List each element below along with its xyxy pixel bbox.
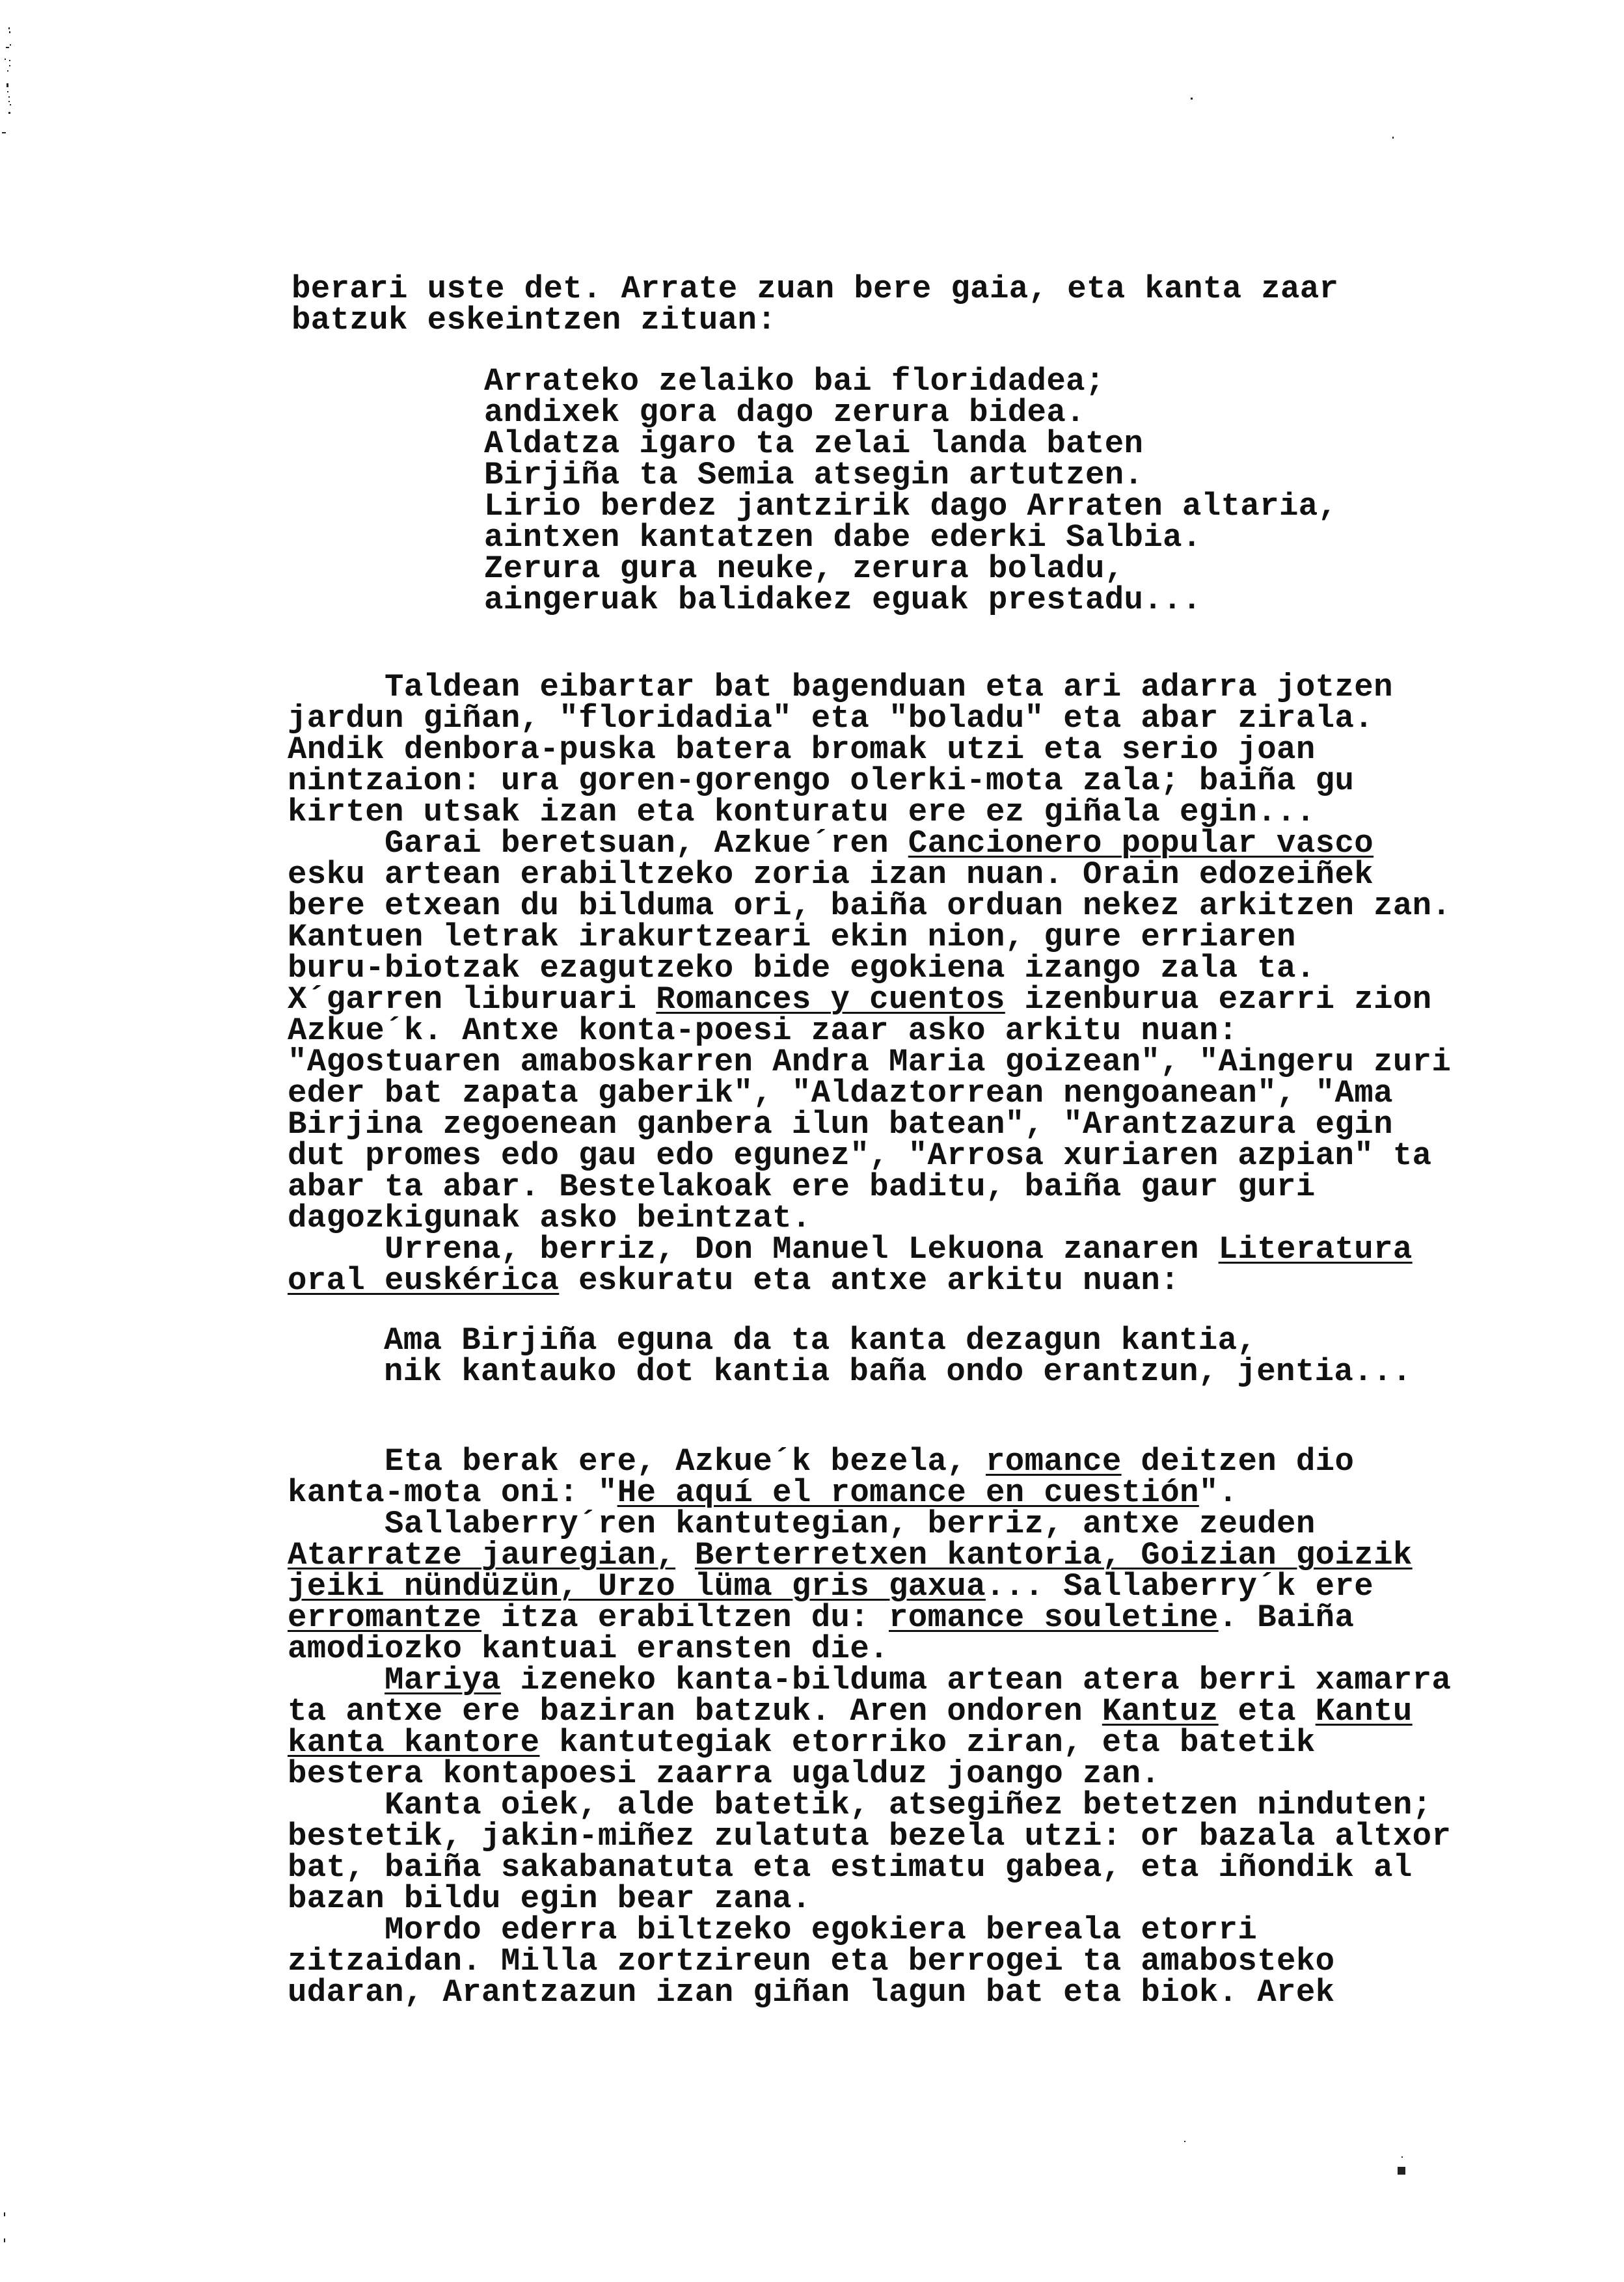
text-line: dut promes edo gau edo egunez", "Arrosa …: [288, 1139, 1431, 1173]
scan-noise: [10, 104, 11, 105]
text-line: Sallaberry´ren kantutegian, berriz, antx…: [288, 1507, 1316, 1541]
text-line: "Agostuaren amaboskarren Andra Maria goi…: [288, 1045, 1451, 1079]
scan-noise: [9, 31, 10, 33]
scan-noise: [7, 91, 8, 92]
scan-noise: [6, 47, 9, 48]
verse-line: Zerura gura neuke, zerura boladu,: [484, 552, 1124, 586]
text-line: kanta kantore kantutegiak etorriko ziran…: [288, 1726, 1316, 1759]
text-line: jeiki nündüzün, Urzo lüma gris gaxua... …: [288, 1569, 1374, 1603]
text-line: esku artean erabiltzeko zoria izan nuan.…: [288, 858, 1374, 891]
scan-noise: [10, 44, 11, 46]
scan-noise: [9, 65, 10, 66]
text-line: bestera kontapoesi zaarra ugalduz joango…: [288, 1757, 1160, 1791]
text-run: batzuk eskeintzen zituan:: [291, 302, 776, 338]
text-line: kirten utsak izan eta konturatu ere ez g…: [288, 795, 1316, 829]
verse-line: Aldatza igaro ta zelai landa baten: [484, 427, 1143, 461]
scan-noise: [4, 2212, 5, 2216]
verse-line: Ama Birjiña eguna da ta kanta dezagun ka…: [384, 1324, 1256, 1357]
text-line: dagozkigunak asko beintzat.: [288, 1201, 811, 1235]
scan-noise: [9, 60, 10, 61]
underlined-title: oral euskérica: [288, 1262, 559, 1299]
text-line: bestetik, jakin-miñez zulatuta bezela ut…: [288, 1819, 1451, 1853]
scan-noise: [859, 1929, 860, 1931]
text-line: Birjina zegoenean ganbera ilun batean", …: [288, 1107, 1393, 1141]
underlined-title: romance souletine: [889, 1599, 1219, 1636]
scan-noise: [1321, 1685, 1323, 1687]
text-line: Eta berak ere, Azkue´k bezela, romance d…: [288, 1445, 1354, 1478]
text-line: berari uste det. Arrate zuan bere gaia, …: [291, 272, 1338, 306]
underlined-title: Literatura: [1219, 1231, 1413, 1268]
text-line: bazan bildu egin bear zana.: [288, 1882, 811, 1916]
text-line: Andik denbora-puska batera bromak utzi e…: [288, 733, 1316, 767]
text-line: oral euskérica eskuratu eta antxe arkitu…: [288, 1264, 1180, 1297]
verse-line: aintxen kantatzen dabe ederki Salbia.: [484, 521, 1202, 554]
text-line: Mordo ederra biltzeko egokiera bereala e…: [288, 1913, 1257, 1947]
text-run: udaran, Arantzazun izan giñan lagun bat …: [288, 1974, 1334, 2011]
text-run: . Baiña: [1219, 1599, 1355, 1636]
scan-noise: [1184, 2141, 1185, 2142]
scan-noise: [2, 132, 6, 133]
text-line: Atarratze jauregian, Berterretxen kantor…: [288, 1538, 1413, 1572]
scan-noise: [8, 27, 10, 29]
verse-line: andixek gora dago zerura bidea.: [484, 396, 1085, 429]
scan-noise: [7, 83, 8, 87]
underlined-title: Kantu: [1316, 1693, 1413, 1730]
text-line: amodiozko kantuai eransten die.: [288, 1632, 889, 1666]
scan-noise: [1392, 137, 1394, 139]
text-line: abar ta abar. Bestelakoak ere baditu, ba…: [288, 1170, 1316, 1204]
text-line: Taldean eibartar bat bagenduan eta ari a…: [288, 670, 1393, 704]
text-line: batzuk eskeintzen zituan:: [291, 303, 776, 337]
scanned-document-page: berari uste det. Arrate zuan bere gaia, …: [0, 0, 1624, 2282]
scan-noise: [8, 112, 10, 114]
scan-noise: [1191, 98, 1193, 100]
scan-noise: [5, 59, 6, 60]
verse-line: Birjiña ta Semia atsegin artutzen.: [484, 458, 1143, 492]
text-line: Kantuen letrak irakurtzeari ekin nion, g…: [288, 920, 1296, 954]
text-line: erromantze itza erabiltzen du: romance s…: [288, 1601, 1354, 1635]
verse-line: nik kantauko dot kantia baña ondo erantz…: [384, 1355, 1412, 1389]
text-line: Garai beretsuan, Azkue´ren Cancionero po…: [288, 826, 1374, 860]
verse-line: Arrateko zelaiko bai floridadea;: [484, 364, 1105, 398]
verse-line: Lirio berdez jantzirik dago Arraten alta…: [484, 489, 1337, 523]
text-run: eskuratu eta antxe arkitu nuan:: [559, 1262, 1180, 1299]
text-line: ta antxe ere baziran batzuk. Aren ondore…: [288, 1694, 1413, 1728]
text-run: aingeruak balidakez eguak prestadu...: [484, 582, 1202, 618]
scan-noise: [1398, 2167, 1405, 2175]
text-line: Mariya izeneko kanta-bilduma artean ater…: [288, 1663, 1451, 1697]
text-line: Urrena, berriz, Don Manuel Lekuona zanar…: [288, 1232, 1413, 1266]
text-line: kanta-mota oni: "He aquí el romance en c…: [288, 1476, 1238, 1510]
verse-line: aingeruak balidakez eguak prestadu...: [484, 583, 1202, 617]
text-line: udaran, Arantzazun izan giñan lagun bat …: [288, 1976, 1334, 2009]
text-line: zitzaidan. Milla zortzireun eta berrogei…: [288, 1944, 1334, 1978]
scan-noise: [1401, 2156, 1403, 2158]
text-line: bere etxean du bilduma ori, baiña orduan…: [288, 889, 1451, 923]
text-line: buru-biotzak ezagutzeko bide egokiena iz…: [288, 951, 1316, 985]
text-line: Azkue´k. Antxe konta-poesi zaar asko ark…: [288, 1014, 1238, 1048]
text-line: bat, baiña sakabanatuta eta estimatu gab…: [288, 1851, 1413, 1884]
scan-noise: [4, 2238, 5, 2242]
text-line: nintzaion: ura goren-gorengo olerki-mota…: [288, 764, 1354, 798]
scan-noise: [8, 101, 10, 102]
text-line: Kanta oiek, alde batetik, atsegiñez bete…: [288, 1788, 1431, 1822]
text-line: jardun giñan, "floridadia" eta "boladu" …: [288, 701, 1374, 735]
text-run: nik kantauko dot kantia baña ondo erantz…: [384, 1353, 1412, 1390]
scan-noise: [8, 96, 10, 98]
text-line: eder bat zapata gaberik", "Aldaztorrean …: [288, 1076, 1393, 1110]
text-line: X´garren liburuari Romances y cuentos iz…: [288, 983, 1432, 1016]
scan-noise: [7, 70, 8, 72]
